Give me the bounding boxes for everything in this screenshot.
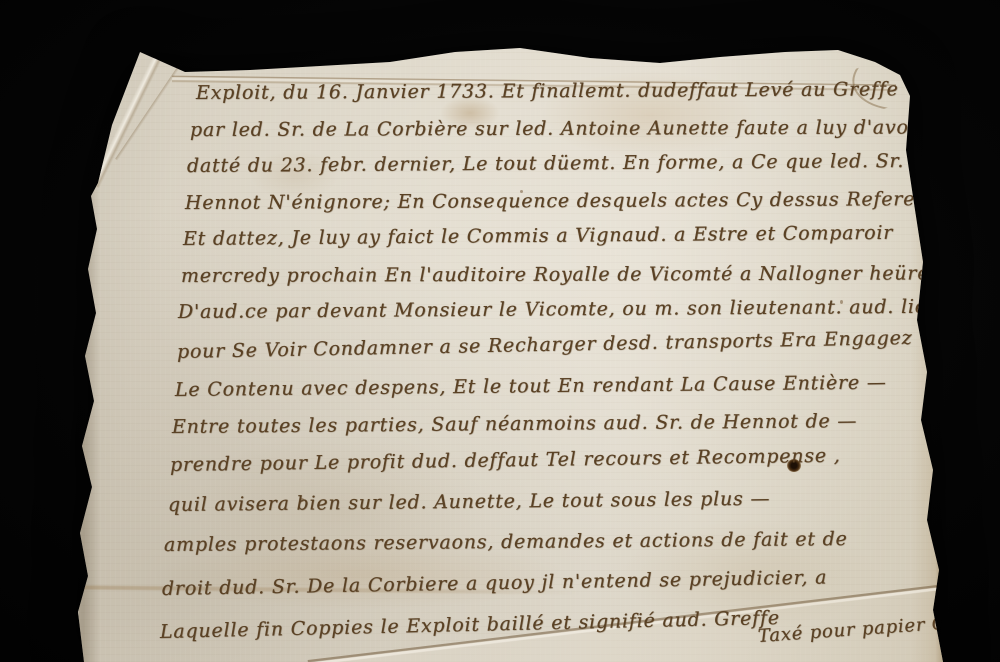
paper-wrapper: Exploit, du 16. Janvier 1733. Et finalle… (0, 0, 1000, 662)
manuscript-line: quil avisera bien sur led. Aunette, Le t… (168, 490, 770, 515)
handwritten-text: Exploit, du 16. Janvier 1733. Et finalle… (0, 0, 1000, 662)
manuscript-line: Et dattez, Je luy ay faict le Commis a V… (183, 224, 893, 249)
taxe-margin-note: Taxé pour papier Coss. (757, 612, 985, 646)
manuscript-line: Entre toutes les parties, Sauf néanmoins… (172, 412, 857, 437)
manuscript-line: D'aud.ce par devant Monsieur le Vicomte,… (178, 297, 967, 322)
photo-background: Exploit, du 16. Janvier 1733. Et finalle… (0, 0, 1000, 662)
manuscript-page: Exploit, du 16. Janvier 1733. Et finalle… (0, 0, 1000, 662)
manuscript-line: mercredy prochain En l'auditoire Royalle… (181, 264, 929, 286)
manuscript-line: Exploit, du 16. Janvier 1733. Et finalle… (196, 80, 899, 103)
manuscript-line: datté du 23. febr. dernier, Le tout düem… (187, 152, 936, 176)
manuscript-line: Hennot N'énignore; En Consequence desque… (185, 190, 953, 213)
manuscript-line: Le Contenu avec despens, Et le tout En r… (175, 374, 887, 400)
manuscript-line: pour Se Voir Condamner a se Recharger de… (177, 329, 913, 362)
manuscript-line: prendre pour Le profit dud. deffaut Tel … (170, 447, 841, 475)
manuscript-line: par led. Sr. de La Corbière sur led. Ant… (190, 118, 991, 140)
manuscript-line: amples protestaons reservaons, demandes … (164, 530, 848, 555)
manuscript-line: Laquelle fin Coppies le Exploit baillé e… (160, 609, 780, 642)
manuscript-line: droit dud. Sr. De la Corbiere a quoy jl … (162, 568, 828, 599)
